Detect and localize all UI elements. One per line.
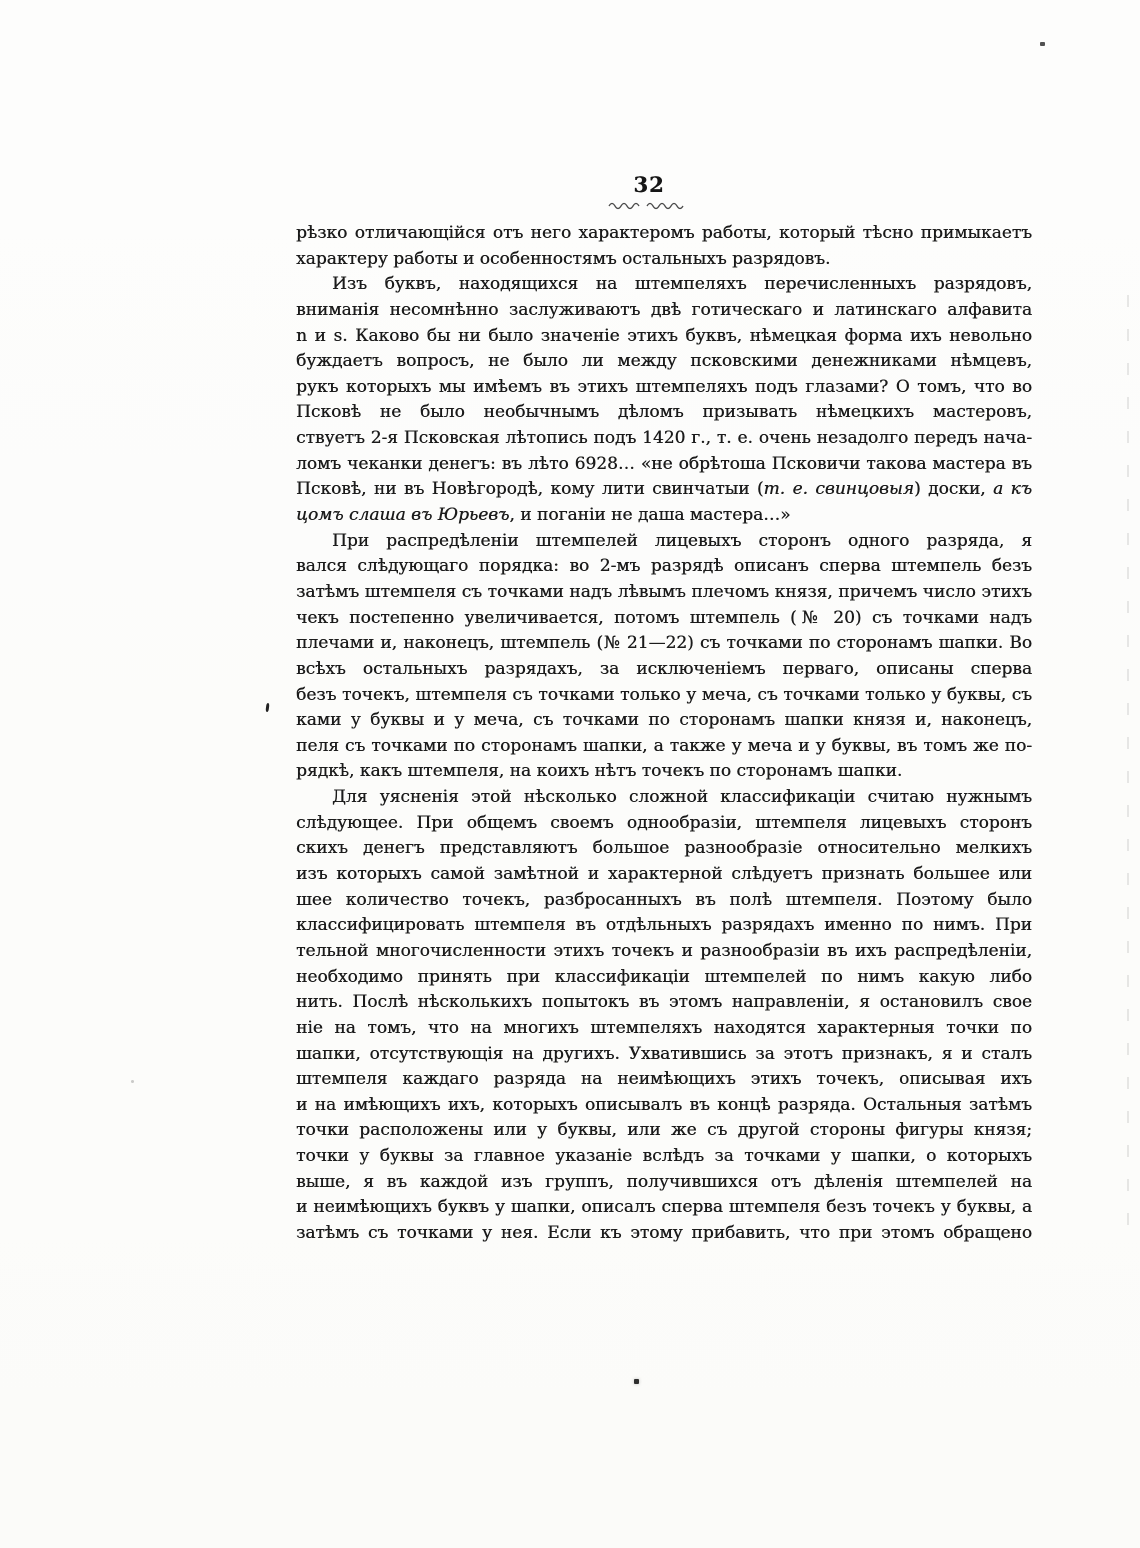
text-line: пеля съ точками по сторонамъ шапки, а та… (296, 734, 1032, 760)
text-line: всѣхъ остальныхъ разрядахъ, за исключені… (296, 657, 1032, 683)
text-line: точки расположены или у буквы, или же съ… (296, 1118, 1032, 1144)
text-line: буждаетъ вопросъ, не было ли между псков… (296, 349, 1032, 375)
text-line: ствуетъ 2-я Псковская лѣтопись подъ 1420… (296, 426, 1032, 452)
text-line: нить. Послѣ нѣсколькихъ попытокъ въ этом… (296, 990, 1032, 1016)
text-segment: шее количество точекъ, разбросанныхъ въ … (296, 890, 1032, 914)
text-segment: рядкѣ, какъ штемпеля, на коихъ нѣтъ точе… (296, 761, 902, 781)
text-segment: вался слѣдующаго порядка: во 2-мъ разряд… (296, 556, 1032, 580)
text-segment: ) доски, (914, 479, 993, 499)
text-line: безъ точекъ, штемпеля съ точками только … (296, 683, 1032, 709)
text-segment: буждаетъ вопросъ, не было ли между псков… (296, 351, 1032, 375)
text-segment: безъ точекъ, штемпеля съ точками только … (296, 685, 1032, 709)
text-line: Псковѣ не было необычнымъ дѣломъ призыва… (296, 400, 1032, 426)
text-segment: Псковѣ, ни въ Новѣгородѣ, кому лити свин… (296, 479, 764, 499)
text-line: тельной многочисленности этихъ точекъ и … (296, 939, 1032, 965)
text-segment: точки расположены или у буквы, или же съ… (296, 1120, 1032, 1144)
text-line: рукъ которыхъ мы имѣемъ въ этихъ штемпел… (296, 375, 1032, 401)
text-segment: характеру работы и особенностямъ остальн… (296, 249, 830, 269)
text-line: рядкѣ, какъ штемпеля, на коихъ нѣтъ точе… (296, 759, 1032, 785)
text-block: рѣзко отличающійся отъ него характеромъ … (296, 221, 1032, 1247)
text-line: выше, я въ каждой изъ группъ, получивших… (296, 1170, 1032, 1196)
text-segment: изъ которыхъ самой замѣтной и характерно… (296, 864, 1032, 888)
text-segment: выше, я въ каждой изъ группъ, получивших… (296, 1172, 1032, 1196)
text-line: слѣдующее. При общемъ своемъ однообразіи… (296, 811, 1032, 837)
scan-streak (1127, 295, 1129, 1230)
text-segment: затѣмъ штемпеля съ точками надъ лѣвымъ п… (296, 582, 1032, 606)
header-ornament (280, 199, 1016, 211)
text-segment: , и поганіи не даша мастера…» (509, 505, 790, 525)
text-line: плечами и, наконецъ, штемпель (№ 21—22) … (296, 631, 1032, 657)
page-header: 32 (281, 172, 1017, 197)
text-segment: рукъ которыхъ мы имѣемъ въ этихъ штемпел… (296, 377, 1032, 397)
text-segment: ствуетъ 2-я Псковская лѣтопись подъ 1420… (296, 428, 1032, 448)
text-segment: тельной многочисленности этихъ точекъ и … (296, 941, 1032, 965)
text-segment: точки у буквы за главное указаніе вслѣдъ… (296, 1146, 1032, 1170)
text-segment: необходимо принять при классификаціи ште… (296, 967, 1032, 991)
text-line: точки у буквы за главное указаніе вслѣдъ… (296, 1144, 1032, 1170)
text-line: ніе на томъ, что на многихъ штемпеляхъ н… (296, 1016, 1032, 1042)
text-segment: ками у буквы и у меча, съ точками по сто… (296, 710, 1032, 734)
text-line: затѣмъ штемпеля съ точками надъ лѣвымъ п… (296, 580, 1032, 606)
text-line: n и s. Каково бы ни было значеніе этихъ … (296, 324, 1032, 350)
text-line: вниманія несомнѣнно заслуживаютъ двѣ гот… (296, 298, 1032, 324)
scan-speck (634, 1379, 639, 1384)
text-segment: Изъ буквъ, находящихся на штемпеляхъ пер… (296, 274, 1032, 298)
text-line: изъ которыхъ самой замѣтной и характерно… (296, 862, 1032, 888)
text-line: и на имѣющихъ ихъ, которыхъ описывалъ въ… (296, 1093, 1032, 1119)
text-segment: рѣзко отличающійся отъ него характеромъ … (296, 223, 1032, 247)
text-line: шапки, отсутствующія на другихъ. Ухватив… (296, 1042, 1032, 1068)
text-line: характеру работы и особенностямъ остальн… (296, 247, 1032, 273)
text-segment: затѣмъ съ точками у нея. Если къ этому п… (296, 1223, 1032, 1247)
italic-text-segment: т. е. свинцовыя (764, 479, 914, 499)
text-line: штемпеля каждаго разряда на неимѣющихъ э… (296, 1067, 1032, 1093)
text-line: Для уясненія этой нѣсколько сложной клас… (296, 785, 1032, 811)
scan-speck (265, 703, 269, 712)
text-segment: пеля съ точками по сторонамъ шапки, а та… (296, 736, 1032, 756)
text-line: классифицировать штемпеля въ отдѣльныхъ … (296, 913, 1032, 939)
text-line: При распредѣленіи штемпелей лицевыхъ сто… (296, 529, 1032, 555)
text-segment: Псковѣ не было необычнымъ дѣломъ призыва… (296, 402, 1032, 426)
text-segment: При распредѣленіи штемпелей лицевыхъ сто… (296, 531, 1032, 555)
text-segment: скихъ денегъ представляютъ большое разно… (296, 838, 1032, 862)
paragraph: При распредѣленіи штемпелей лицевыхъ сто… (296, 529, 1032, 785)
text-segment: ломъ чеканки денегъ: въ лѣто 6928… «не о… (296, 454, 1032, 474)
text-line: необходимо принять при классификаціи ште… (296, 965, 1032, 991)
text-line: Изъ буквъ, находящихся на штемпеляхъ пер… (296, 272, 1032, 298)
scanned-book-page: 32 рѣзко отличающійся отъ него характеро… (0, 0, 1140, 1548)
text-segment: n и s. Каково бы ни было значеніе этихъ … (296, 326, 1032, 350)
page-number: 32 (633, 172, 664, 197)
text-segment: плечами и, наконецъ, штемпель (№ 21—22) … (296, 633, 1032, 653)
text-line: рѣзко отличающійся отъ него характеромъ … (296, 221, 1032, 247)
italic-text-segment: цомъ слаша въ Юрьевъ (296, 505, 509, 525)
text-segment: чекъ постепенно увеличивается, потомъ шт… (296, 608, 1032, 632)
text-segment: ніе на томъ, что на многихъ штемпеляхъ н… (296, 1018, 1032, 1042)
text-segment: шапки, отсутствующія на другихъ. Ухватив… (296, 1044, 1032, 1068)
scan-speck (1040, 42, 1045, 46)
text-line: затѣмъ съ точками у нея. Если къ этому п… (296, 1221, 1032, 1247)
text-line: цомъ слаша въ Юрьевъ, и поганіи не даша … (296, 503, 1032, 529)
paragraph: рѣзко отличающійся отъ него характеромъ … (296, 221, 1032, 272)
paragraph: Изъ буквъ, находящихся на штемпеляхъ пер… (296, 272, 1032, 528)
text-segment: штемпеля каждаго разряда на неимѣющихъ э… (296, 1069, 1032, 1093)
text-segment: классифицировать штемпеля въ отдѣльныхъ … (296, 915, 1032, 939)
text-line: Псковѣ, ни въ Новѣгородѣ, кому лити свин… (296, 477, 1032, 503)
text-line: ками у буквы и у меча, съ точками по сто… (296, 708, 1032, 734)
text-segment: Для уясненія этой нѣсколько сложной клас… (296, 787, 1032, 811)
text-line: скихъ денегъ представляютъ большое разно… (296, 836, 1032, 862)
text-line: вался слѣдующаго порядка: во 2-мъ разряд… (296, 554, 1032, 580)
text-segment: всѣхъ остальныхъ разрядахъ, за исключені… (296, 659, 1032, 683)
wavy-rule-icon (607, 199, 689, 211)
text-line: ломъ чеканки денегъ: въ лѣто 6928… «не о… (296, 452, 1032, 478)
text-line: шее количество точекъ, разбросанныхъ въ … (296, 888, 1032, 914)
text-segment: и на имѣющихъ ихъ, которыхъ описывалъ въ… (296, 1095, 1032, 1115)
text-line: и неимѣющихъ буквъ у шапки, описалъ спер… (296, 1195, 1032, 1221)
paragraph: Для уясненія этой нѣсколько сложной клас… (296, 785, 1032, 1247)
text-segment: слѣдующее. При общемъ своемъ однообразіи… (296, 813, 1032, 837)
text-segment: нить. Послѣ нѣсколькихъ попытокъ въ этом… (296, 992, 1032, 1016)
text-line: чекъ постепенно увеличивается, потомъ шт… (296, 606, 1032, 632)
text-segment: вниманія несомнѣнно заслуживаютъ двѣ гот… (296, 300, 1032, 324)
scan-speck (131, 1080, 134, 1083)
text-segment: и неимѣющихъ буквъ у шапки, описалъ спер… (296, 1197, 1032, 1217)
